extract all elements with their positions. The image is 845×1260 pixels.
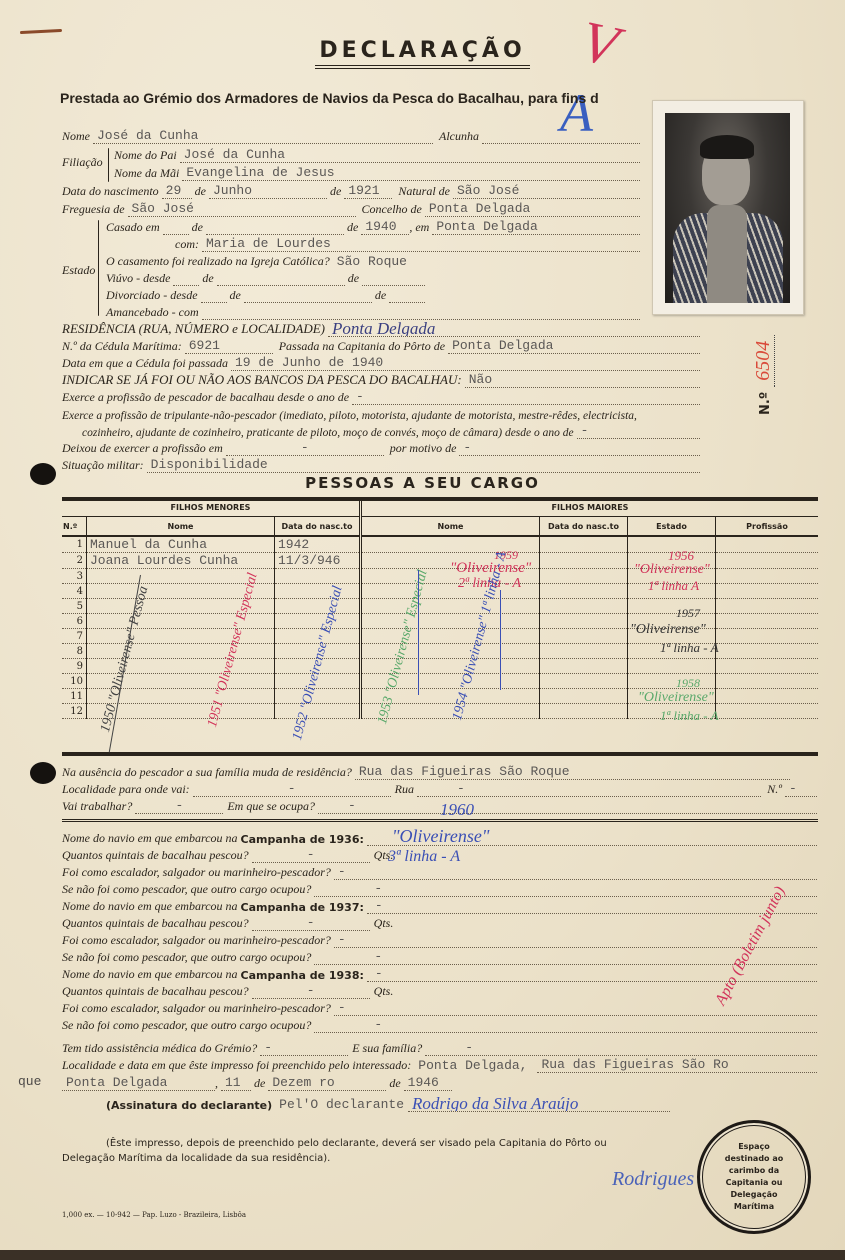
cell-nome-maior[interactable]	[361, 599, 540, 614]
cell-profissao[interactable]	[716, 689, 819, 704]
row-freguesia: Freguesia de São José Concelho de Ponta …	[62, 201, 640, 217]
declaration-form: DECLARAÇÃO V A Prestada ao Grémio dos Ar…	[0, 0, 845, 1250]
label-nascimento: Data do nascimento	[62, 184, 162, 199]
field-nasc-ano[interactable]: 1921	[344, 184, 392, 199]
row-cedula-data: Data em que a Cédula foi passada 19 de J…	[62, 355, 700, 371]
field-outro-cargo[interactable]: -	[314, 882, 817, 897]
row-number: 7	[62, 629, 87, 644]
row-nome: Nome José da Cunha Alcunha	[62, 128, 640, 144]
row-pai: Nome do Pai José da Cunha	[114, 147, 640, 163]
label-quintais: Quantos quintais de bacalhau pescou?	[62, 848, 252, 863]
cell-profissao[interactable]	[716, 659, 819, 674]
label-de: de	[199, 271, 216, 286]
label-escalador: Foi como escalador, salgador ou marinhei…	[62, 865, 334, 880]
form-number: N.º 6504	[752, 335, 775, 415]
field-local-extra[interactable]: Rua das Figueiras São Ro	[537, 1058, 817, 1073]
field-num[interactable]: -	[785, 782, 817, 797]
id-photo	[652, 100, 804, 315]
cell-nasc-maior[interactable]	[540, 599, 628, 614]
row-tripulante-1: Exerce a profissão de tripulante-não-pes…	[62, 406, 700, 422]
row-number: 2	[62, 553, 87, 569]
label-motivo: por motivo de	[384, 441, 460, 456]
field-assinatura-typed: Pel'O declarante	[275, 1098, 408, 1112]
field-ocupa[interactable]: -	[318, 799, 817, 814]
label-em: , em	[409, 220, 432, 235]
header-menores: FILHOS MENORES	[62, 498, 361, 517]
cell-nasc-maior[interactable]	[540, 644, 628, 659]
col-numero: N.º	[62, 517, 87, 537]
label-tripulante: Exerce a profissão de tripulante-não-pes…	[62, 410, 640, 422]
field-muda[interactable]: Rua das Figueiras São Roque	[355, 765, 790, 780]
label-quintais: Quantos quintais de bacalhau pescou?	[62, 984, 252, 999]
cell-nome-maior[interactable]	[361, 614, 540, 629]
field-familia[interactable]: -	[425, 1041, 817, 1056]
label-filiacao: Filiação	[62, 155, 106, 170]
label-de: de	[227, 288, 244, 303]
annot-line-1956: 1ª linha A	[648, 578, 699, 594]
title-text: DECLARAÇÃO	[315, 38, 529, 69]
field-tripulante[interactable]: -	[577, 424, 700, 439]
form-number-value: 6504	[752, 335, 775, 387]
row-number: 10	[62, 674, 87, 689]
annot-vertical-line	[418, 570, 419, 695]
label-alcunha: Alcunha	[433, 129, 482, 144]
cell-profissao[interactable]	[716, 674, 819, 689]
field-casado-local[interactable]: Ponta Delgada	[432, 220, 640, 235]
field-local[interactable]: Ponta Delgada,	[414, 1059, 537, 1073]
cell-nasc-maior[interactable]	[540, 553, 628, 569]
label-natural: Natural de	[392, 184, 453, 199]
field-bancos[interactable]: Não	[465, 373, 700, 388]
label-num: N.º	[761, 782, 785, 797]
row-number: 1	[62, 536, 87, 553]
label-nome: Nome	[62, 129, 93, 144]
cell-nasc-menor[interactable]	[275, 584, 361, 599]
label-outro-cargo: Se não foi como pescador, que outro carg…	[62, 1018, 314, 1033]
row-number: 8	[62, 644, 87, 659]
col-nome-menor: Nome	[87, 517, 275, 537]
annot-1957: 1957	[676, 606, 700, 621]
field-outro-cargo[interactable]: -	[314, 1018, 817, 1033]
field-casado-mes[interactable]	[206, 220, 344, 235]
label-localidade: Localidade para onde vai:	[62, 782, 193, 797]
header-maiores: FILHOS MAIORES	[361, 498, 819, 517]
label-com: com:	[175, 237, 202, 252]
annot-1960: 1960	[440, 800, 474, 820]
punch-hole	[30, 762, 56, 784]
row-mae: Nome da Mãi Evangelina de Jesus	[114, 165, 640, 181]
annot-qts-1936: 3ª linha - A	[388, 848, 460, 866]
label-amancebado: Amancebado - com	[106, 305, 202, 320]
cell-profissao[interactable]	[716, 569, 819, 584]
col-nasc-maior: Data do nasc.to	[540, 517, 628, 537]
row-cedula: N.º da Cédula Marítima: 6921 Passada na …	[62, 338, 700, 354]
row-outro-cargo: Se não foi como pescador, que outro carg…	[62, 881, 817, 897]
cell-estado[interactable]	[628, 659, 716, 674]
field-pescador[interactable]: -	[352, 390, 700, 405]
red-check-mark: V	[575, 7, 624, 80]
annot-1958: 1958	[676, 676, 700, 691]
field-cedula[interactable]: 6921	[185, 339, 273, 354]
row-number: 9	[62, 659, 87, 674]
label-cedula-data: Data em que a Cédula foi passada	[62, 356, 231, 371]
stamp-text: Espaço destinado ao carimbo da Capitania…	[715, 1141, 793, 1213]
cell-nasc-maior[interactable]	[540, 629, 628, 644]
field-igreja[interactable]: São Roque	[333, 255, 565, 269]
field-mae[interactable]: Evangelina de Jesus	[182, 166, 640, 181]
label-navio: Nome do navio em que embarcou na	[62, 831, 241, 846]
field-mes[interactable]: Dezem ro	[268, 1076, 386, 1091]
field-conjuge[interactable]: Maria de Lourdes	[202, 237, 640, 252]
field-motivo[interactable]: -	[459, 441, 700, 456]
row-militar: Situação militar: Disponibilidade	[62, 457, 700, 473]
cell-nome-maior[interactable]	[361, 644, 540, 659]
label-estado: Estado	[62, 263, 98, 278]
cell-nasc-maior[interactable]	[540, 584, 628, 599]
field-city[interactable]: Ponta Delgada	[62, 1076, 215, 1091]
label-tripulante-cont: cozinheiro, ajudante de cozinheiro, prat…	[82, 427, 577, 439]
label-de: de	[372, 288, 389, 303]
col-profissao: Profissão	[716, 517, 819, 537]
annot-line-1957: 1ª linha - A	[660, 640, 719, 656]
cell-nasc-menor[interactable]	[275, 614, 361, 629]
label-outro-cargo: Se não foi como pescador, que outro carg…	[62, 950, 314, 965]
row-data: Ponta Delgada , 11 de Dezem ro de 1946	[62, 1075, 640, 1091]
printer-info: 1,000 ex. — 10-942 — Pap. Luzo - Brazile…	[62, 1211, 246, 1219]
field-div-mes[interactable]	[244, 288, 372, 303]
annot-vertical-line	[500, 590, 501, 690]
row-navio: Nome do navio em que embarcou naCampanha…	[62, 966, 817, 982]
cell-nasc-menor[interactable]	[275, 569, 361, 584]
row-pescador: Exerce a profissão de pescador de bacalh…	[62, 389, 700, 405]
label-de: de	[344, 220, 361, 235]
field-viuvo-mes[interactable]	[217, 271, 345, 286]
row-viuvo: Viúvo - desde de de	[106, 270, 425, 286]
field-alcunha[interactable]	[482, 129, 640, 144]
row-casado: Casado em de de 1940 , em Ponta Delgada	[106, 219, 640, 235]
cell-profissao[interactable]	[716, 644, 819, 659]
row-igreja: O casamento foi realizado na Igreja Cató…	[106, 253, 565, 269]
row-assinatura: (Assinatura do declarante) Pel'O declara…	[106, 1096, 670, 1112]
row-muda: Na ausência do pescador a sua família mu…	[62, 764, 790, 780]
row-deixou: Deixou de exercer a profissão em - por m…	[62, 440, 700, 456]
label-campanha: Campanha de 1936:	[241, 833, 367, 846]
row-number: 5	[62, 599, 87, 614]
cell-nome-menor[interactable]: Manuel da Cunha	[87, 536, 275, 553]
annot-ship-1936: "Oliveirense"	[392, 826, 489, 847]
table-row: 1Manuel da Cunha1942	[62, 536, 818, 553]
label-pescador: Exerce a profissão de pescador de bacalh…	[62, 390, 352, 405]
label-pai: Nome do Pai	[114, 148, 180, 163]
field-pai[interactable]: José da Cunha	[180, 148, 640, 163]
label-de: de	[386, 1076, 403, 1091]
footer-note: (Êste impresso, depois de preenchido pel…	[62, 1136, 662, 1166]
table-row: 5	[62, 599, 818, 614]
table-row: 4	[62, 584, 818, 599]
row-number: 11	[62, 689, 87, 704]
label-quintais: Quantos quintais de bacalhau pescou?	[62, 916, 252, 931]
field-nasc-mes[interactable]: Junho	[209, 184, 327, 199]
label-campanha: Campanha de 1937:	[241, 901, 367, 914]
label-qts: Qts.	[370, 916, 397, 931]
row-localidade: Localidade para onde vai: - Rua - N.º -	[62, 781, 817, 797]
label-navio: Nome do navio em que embarcou na	[62, 967, 241, 982]
field-navio[interactable]: -	[367, 967, 817, 982]
cell-profissao[interactable]	[716, 629, 819, 644]
field-escalador[interactable]: -	[334, 865, 817, 880]
label-de: de	[251, 1076, 268, 1091]
table-row: 9	[62, 659, 818, 674]
label-muda: Na ausência do pescador a sua família mu…	[62, 765, 355, 780]
cell-profissao[interactable]	[716, 584, 819, 599]
row-number: 4	[62, 584, 87, 599]
label-cedula: N.º da Cédula Marítima:	[62, 339, 185, 354]
cell-nasc-maior[interactable]	[540, 536, 628, 553]
label-trabalhar: Vai trabalhar?	[62, 799, 135, 814]
cell-nasc-maior[interactable]	[540, 674, 628, 689]
row-escalador: Foi como escalador, salgador ou marinhei…	[62, 864, 817, 880]
field-concelho[interactable]: Ponta Delgada	[425, 202, 640, 217]
label-bancos: INDICAR SE JÁ FOI OU NÃO AOS BANCOS DA P…	[62, 372, 465, 388]
label-de: de	[192, 184, 209, 199]
label-assistencia: Tem tido assistência médica do Grémio?	[62, 1041, 260, 1056]
row-nascimento: Data do nascimento 29 de Junho de 1921 N…	[62, 183, 640, 199]
label-ocupa: Em que se ocupa?	[223, 799, 318, 814]
label-deixou: Deixou de exercer a profissão em	[62, 441, 226, 456]
label-viuvo: Viúvo - desde	[106, 271, 173, 286]
row-assistencia: Tem tido assistência médica do Grémio? -…	[62, 1040, 817, 1056]
cell-nasc-menor[interactable]: 1942	[275, 536, 361, 553]
annot-ship-1956: "Oliveirense"	[634, 562, 710, 578]
cell-nasc-menor[interactable]: 11/3/946	[275, 553, 361, 569]
col-nasc-menor: Data do nasc.to	[275, 517, 361, 537]
field-div-dia[interactable]	[201, 288, 227, 303]
label-de: de	[327, 184, 344, 199]
row-quintais: Quantos quintais de bacalhau pescou?-Qts…	[62, 915, 817, 931]
field-natural[interactable]: São José	[453, 184, 640, 199]
row-escalador: Foi como escalador, salgador ou marinhei…	[62, 1000, 817, 1016]
page-title: DECLARAÇÃO	[0, 38, 845, 69]
field-quintais[interactable]: -	[252, 916, 370, 931]
field-residencia[interactable]: Ponta Delgada	[328, 322, 700, 337]
row-divorciado: Divorciado - desde de de	[106, 287, 425, 303]
row-navio: Nome do navio em que embarcou naCampanha…	[62, 898, 817, 914]
cell-profissao[interactable]	[716, 599, 819, 614]
label-navio: Nome do navio em que embarcou na	[62, 899, 241, 914]
row-outro-cargo: Se não foi como pescador, que outro carg…	[62, 949, 817, 965]
cell-estado[interactable]	[628, 674, 716, 689]
cell-nome-menor[interactable]: Joana Lourdes Cunha	[87, 553, 275, 569]
field-div-ano[interactable]	[389, 288, 425, 303]
row-local-data: Localidade e data em que êste impresso f…	[62, 1057, 817, 1073]
field-escalador[interactable]: -	[334, 1001, 817, 1016]
label-mae: Nome da Mãi	[114, 166, 182, 181]
section-title-cargo: PESSOAS A SEU CARGO	[0, 474, 845, 492]
official-signature: Rodrigues	[612, 1168, 694, 1191]
field-quintais[interactable]: -	[252, 984, 370, 999]
row-number: 3	[62, 569, 87, 584]
row-escalador: Foi como escalador, salgador ou marinhei…	[62, 932, 817, 948]
label-residencia: RESIDÊNCIA (RUA, NÚMERO e LOCALIDADE)	[62, 321, 328, 337]
cell-nome-maior[interactable]	[361, 629, 540, 644]
field-militar[interactable]: Disponibilidade	[147, 458, 700, 473]
field-nasc-dia[interactable]: 29	[162, 184, 192, 199]
cell-profissao[interactable]	[716, 614, 819, 629]
label-qts: Qts.	[370, 984, 397, 999]
cell-profissao[interactable]	[716, 536, 819, 553]
cell-profissao[interactable]	[716, 553, 819, 569]
label-rua: Rua	[391, 782, 417, 797]
cell-nasc-maior[interactable]	[540, 704, 628, 719]
col-nome-maior: Nome	[361, 517, 540, 537]
label-assinatura: (Assinatura do declarante)	[106, 1099, 275, 1112]
cell-nasc-menor[interactable]	[275, 599, 361, 614]
label-escalador: Foi como escalador, salgador ou marinhei…	[62, 1001, 334, 1016]
annot-ship-1957: "Oliveirense"	[630, 622, 706, 638]
field-dia[interactable]: 11	[221, 1076, 251, 1091]
label-de: de	[345, 271, 362, 286]
row-number: 12	[62, 704, 87, 719]
row-tripulante-2: cozinheiro, ajudante de cozinheiro, prat…	[82, 423, 700, 439]
field-ano[interactable]: 1946	[404, 1076, 452, 1091]
field-assistencia[interactable]: -	[260, 1041, 348, 1056]
label-freguesia: Freguesia de	[62, 202, 128, 217]
field-casado-dia[interactable]	[163, 220, 189, 235]
annot-ship-1958: "Oliveirense"	[638, 690, 714, 706]
row-com: com: Maria de Lourdes	[175, 236, 640, 252]
field-capitania[interactable]: Ponta Delgada	[448, 339, 700, 354]
annot-line-1958: 1ª linha - A	[660, 708, 719, 724]
dependents-table: FILHOS MENORES FILHOS MAIORES N.º Nome D…	[62, 498, 818, 719]
row-quintais: Quantos quintais de bacalhau pescou?-Qts…	[62, 983, 817, 999]
field-amancebado[interactable]	[202, 305, 640, 320]
cell-nasc-maior[interactable]	[540, 689, 628, 704]
cell-profissao[interactable]	[716, 704, 819, 719]
row-amancebado: Amancebado - com	[106, 304, 640, 320]
field-cedula-data[interactable]: 19 de Junho de 1940	[231, 356, 700, 371]
cell-estado[interactable]	[628, 599, 716, 614]
field-rua[interactable]: -	[417, 782, 761, 797]
label-familia: E sua família?	[348, 1041, 425, 1056]
label-campanha: Campanha de 1938:	[241, 969, 367, 982]
label-casado: Casado em	[106, 220, 163, 235]
label-divorciado: Divorciado - desde	[106, 288, 201, 303]
label-concelho: Concelho de	[356, 202, 425, 217]
label-igreja: O casamento foi realizado na Igreja Cató…	[106, 254, 333, 269]
row-bancos: INDICAR SE JÁ FOI OU NÃO AOS BANCOS DA P…	[62, 372, 700, 388]
overflow-text: que	[18, 1074, 41, 1089]
col-estado: Estado	[628, 517, 716, 537]
field-viuvo-ano[interactable]	[362, 271, 425, 286]
field-viuvo-dia[interactable]	[173, 271, 199, 286]
cell-nasc-maior[interactable]	[540, 569, 628, 584]
field-nome[interactable]: José da Cunha	[93, 129, 433, 144]
field-casado-ano[interactable]: 1940	[361, 220, 409, 235]
label-de: de	[189, 220, 206, 235]
cell-nasc-maior[interactable]	[540, 614, 628, 629]
table-row: 10	[62, 674, 818, 689]
subtitle: Prestada ao Grémio dos Armadores de Navi…	[60, 90, 599, 106]
form-number-label: N.º	[758, 392, 773, 415]
signature: Rodrigo da Silva Araújo	[408, 1097, 670, 1112]
cell-nasc-maior[interactable]	[540, 659, 628, 674]
field-navio[interactable]: -	[367, 899, 817, 914]
cell-nome-menor[interactable]	[87, 644, 275, 659]
portrait	[665, 113, 790, 303]
corner-scribble	[20, 29, 62, 34]
label-capitania: Passada na Capitania do Pôrto de	[273, 339, 448, 354]
field-quintais[interactable]: -	[252, 848, 370, 863]
field-freguesia[interactable]: São José	[128, 202, 356, 217]
field-deixou[interactable]: -	[226, 441, 384, 456]
field-localidade[interactable]: -	[193, 782, 391, 797]
row-residencia: RESIDÊNCIA (RUA, NÚMERO e LOCALIDADE) Po…	[62, 321, 700, 337]
cell-nasc-menor[interactable]	[275, 704, 361, 719]
label-militar: Situação militar:	[62, 458, 147, 473]
label-escalador: Foi como escalador, salgador ou marinhei…	[62, 933, 334, 948]
field-trabalhar[interactable]: -	[135, 799, 223, 814]
label-outro-cargo: Se não foi como pescador, que outro carg…	[62, 882, 314, 897]
label-local: Localidade e data em que êste impresso f…	[62, 1058, 414, 1073]
row-number: 6	[62, 614, 87, 629]
stamp-area: Espaço destinado ao carimbo da Capitania…	[697, 1120, 811, 1234]
row-outro-cargo: Se não foi como pescador, que outro carg…	[62, 1017, 817, 1033]
